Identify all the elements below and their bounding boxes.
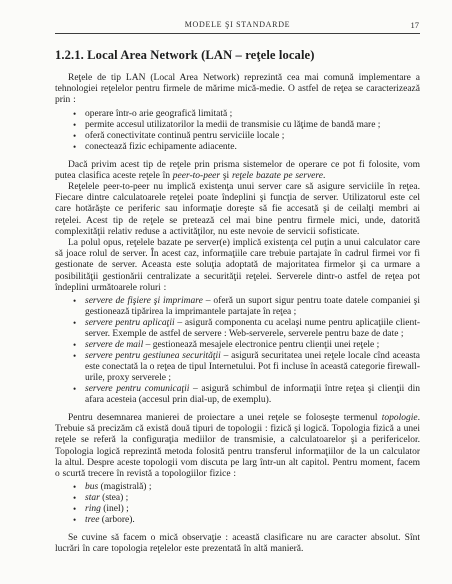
italic-text: servere pentru gestiunea securităţii xyxy=(85,351,221,361)
text-run: . xyxy=(323,171,325,181)
list-item-text: servere pentru comunicaţii – asigură sch… xyxy=(85,384,420,405)
text-run: La polul opus, reţelele bazate pe server… xyxy=(55,238,420,293)
section-heading: 1.2.1. Local Area Network (LAN – reţele … xyxy=(55,48,420,63)
list-item: •servere pentru comunicaţii – asigură sc… xyxy=(73,384,420,406)
list-item-text: servere de mail – gestionează mesajele e… xyxy=(85,340,379,350)
list-item: •ring (inel) ; xyxy=(73,504,420,515)
paragraph: La polul opus, reţelele bazate pe server… xyxy=(55,238,420,294)
paragraph: Pentru desemnarea manierei de proiectare… xyxy=(55,413,420,480)
list-item-text: servere pentru aplicaţii – asigură compo… xyxy=(85,318,420,339)
text-run: şi xyxy=(220,171,232,181)
list-item: •tree (arbore). xyxy=(73,515,420,526)
text-run: (inel) ; xyxy=(101,504,129,514)
italic-text: bus xyxy=(85,482,98,492)
italic-text: servere pentru aplicaţii xyxy=(85,318,175,328)
document-page: MODELE ŞI STANDARDE 17 1.2.1. Local Area… xyxy=(0,0,452,584)
list-item: •servere de mail – gestionează mesajele … xyxy=(73,340,420,351)
paragraph: Reţele de tip LAN (Local Area Network) r… xyxy=(55,73,420,107)
bullet-list: •operare într-o arie geografică limitată… xyxy=(55,109,420,153)
list-item-text: operare într-o arie geografică limitată … xyxy=(85,109,232,119)
list-item: •star (stea) ; xyxy=(73,493,420,504)
text-run: – gestionează mesajele electronice pentr… xyxy=(143,340,379,350)
italic-text: peer-to-peer xyxy=(173,171,220,181)
text-run: conectează fizic echipamente adiacente. xyxy=(85,142,237,152)
text-run: (magistrală) ; xyxy=(98,482,151,492)
bullet-icon: • xyxy=(73,493,76,504)
text-run: Pentru desemnarea manierei de proiectare… xyxy=(68,413,382,423)
list-item: •bus (magistrală) ; xyxy=(73,482,420,493)
list-item-text: oferă conectivitate continuă pentru serv… xyxy=(85,131,284,141)
list-item: •servere pentru aplicaţii – asigură comp… xyxy=(73,318,420,340)
bullet-list: •servere de fişiere şi imprimare – oferă… xyxy=(55,296,420,406)
list-item-text: servere de fişiere şi imprimare – oferă … xyxy=(85,296,420,317)
bullet-icon: • xyxy=(73,482,76,493)
list-item: •operare într-o arie geografică limitată… xyxy=(73,109,420,120)
text-run: permite accesul utilizatorilor la medii … xyxy=(85,120,380,130)
italic-text: star xyxy=(85,493,100,503)
paragraph: Dacă privim acest tip de reţele prin pri… xyxy=(55,160,420,182)
running-title: MODELE ŞI STANDARDE xyxy=(55,20,420,29)
bullet-icon: • xyxy=(73,318,76,329)
text-run: (stea) ; xyxy=(100,493,129,503)
bullet-icon: • xyxy=(73,120,76,131)
bullet-icon: • xyxy=(73,340,76,351)
header-rule xyxy=(55,33,420,34)
list-item: •servere de fişiere şi imprimare – oferă… xyxy=(73,296,420,318)
italic-text: topologie xyxy=(382,413,418,423)
text-run: operare într-o arie geografică limitată … xyxy=(85,109,232,119)
list-item: •servere pentru gestiunea securităţii – … xyxy=(73,351,420,384)
bullet-icon: • xyxy=(73,515,76,526)
page-number: 17 xyxy=(411,20,420,30)
italic-text: tree xyxy=(85,515,99,525)
list-item-text: conectează fizic echipamente adiacente. xyxy=(85,142,237,152)
bullet-icon: • xyxy=(73,296,76,307)
list-item-text: bus (magistrală) ; xyxy=(85,482,152,492)
text-run: Se cuvine să facem o mică observaţie : a… xyxy=(55,533,420,554)
bullet-icon: • xyxy=(73,142,76,153)
italic-text: servere de fişiere şi imprimare xyxy=(85,296,203,306)
bullet-icon: • xyxy=(73,109,76,120)
list-item: •conectează fizic echipamente adiacente. xyxy=(73,142,420,153)
bullet-list: •bus (magistrală) ;•star (stea) ;•ring (… xyxy=(55,482,420,526)
text-run: oferă conectivitate continuă pentru serv… xyxy=(85,131,284,141)
list-item-text: star (stea) ; xyxy=(85,493,128,503)
bullet-icon: • xyxy=(73,504,76,515)
bullet-icon: • xyxy=(73,351,76,362)
italic-text: reţele bazate pe servere xyxy=(232,171,323,181)
italic-text: ring xyxy=(85,504,101,514)
list-item: •permite accesul utilizatorilor la medii… xyxy=(73,120,420,131)
list-item-text: permite accesul utilizatorilor la medii … xyxy=(85,120,380,130)
page-content: Reţele de tip LAN (Local Area Network) r… xyxy=(55,73,420,556)
text-run: Reţelele peer-to-peer nu implică existen… xyxy=(55,182,420,237)
bullet-icon: • xyxy=(73,131,76,142)
list-item-text: tree (arbore). xyxy=(85,515,135,525)
italic-text: servere pentru comunicaţii xyxy=(85,384,189,394)
paragraph: Reţelele peer-to-peer nu implică existen… xyxy=(55,182,420,238)
page-header: MODELE ŞI STANDARDE 17 xyxy=(55,20,420,32)
list-item-text: ring (inel) ; xyxy=(85,504,129,514)
italic-text: servere de mail xyxy=(85,340,143,350)
list-item: •oferă conectivitate continuă pentru ser… xyxy=(73,131,420,142)
text-run: Reţele de tip LAN (Local Area Network) r… xyxy=(55,73,420,105)
text-run: (arbore). xyxy=(99,515,134,525)
list-item-text: servere pentru gestiunea securităţii – a… xyxy=(85,351,420,383)
paragraph: Se cuvine să facem o mică observaţie : a… xyxy=(55,533,420,555)
bullet-icon: • xyxy=(73,384,76,395)
